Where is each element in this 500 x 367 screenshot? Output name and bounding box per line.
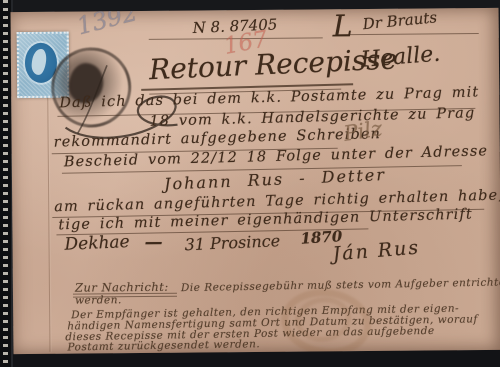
addressee-underline	[337, 33, 479, 35]
addressee-name: Dr Brauts	[362, 8, 438, 33]
monogram: L	[333, 9, 353, 44]
emperor-profile-icon	[31, 48, 47, 75]
dateline-place: Dekhae	[64, 232, 130, 255]
notice-line: werden.	[75, 294, 122, 306]
film-perforation-pattern	[3, 0, 8, 367]
dateline-day-month: 31 Prosince	[184, 231, 280, 254]
document-title: Retour Recepisse	[148, 42, 397, 86]
pencil-note: 1392	[74, 8, 140, 41]
receipt-paper: 1392 N 8. 87405 167 L Dr Brauts Healle. …	[11, 8, 500, 354]
signature: Ján Rus	[332, 237, 421, 266]
notice-line: Postamt zurückgesendet werden.	[67, 338, 260, 353]
dateline-dash: —	[144, 232, 162, 253]
scanned-document-photo: 1392 N 8. 87405 167 L Dr Brauts Healle. …	[0, 0, 500, 367]
